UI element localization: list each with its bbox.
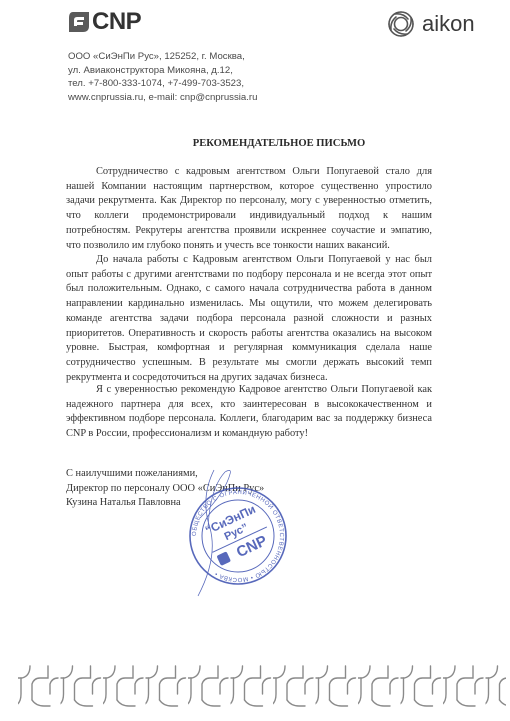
company-address-block: ООО «СиЭнПи Рус», 125252, г. Москва, ул.… [68, 50, 257, 104]
letter-paragraph-1: Сотрудничество с кадровым агентством Оль… [66, 165, 432, 253]
company-stamp-icon: ОБЩЕСТВО С ОГРАНИЧЕННОЙ ОТВЕТСТВЕННОСТЬЮ… [170, 468, 295, 598]
paragraph-text: Я с уверенностью рекомендую Кадровое аге… [66, 383, 432, 442]
letter-title: РЕКОМЕНДАТЕЛЬНОЕ ПИСЬМО [0, 138, 510, 149]
cnp-logo-text: CNP [92, 10, 141, 34]
cnp-logo: CNP [68, 10, 141, 34]
letter-paragraph-2: До начала работы с Кадровым агентством О… [66, 253, 432, 385]
footer-wave-pattern-icon [18, 664, 506, 710]
cnp-logo-mark-icon [68, 11, 90, 33]
aikon-swirl-icon [386, 9, 416, 39]
address-line: ООО «СиЭнПи Рус», 125252, г. Москва, [68, 50, 257, 64]
address-line: ул. Авиаконструктора Микояна, д.12, [68, 64, 257, 78]
address-line: тел. +7-800-333-1074, +7-499-703-3523, [68, 77, 257, 91]
paragraph-text: Сотрудничество с кадровым агентством Оль… [66, 165, 432, 253]
aikon-logo-text: aikon [422, 11, 475, 37]
address-line: www.cnprussia.ru, e-mail: cnp@cnprussia.… [68, 91, 257, 105]
aikon-logo: aikon [386, 9, 475, 39]
letter-paragraph-3: Я с уверенностью рекомендую Кадровое аге… [66, 383, 432, 442]
letter-page: CNP aikon ООО «СиЭнПи Рус», 125252, г. М… [0, 0, 510, 721]
paragraph-text: До начала работы с Кадровым агентством О… [66, 253, 432, 385]
